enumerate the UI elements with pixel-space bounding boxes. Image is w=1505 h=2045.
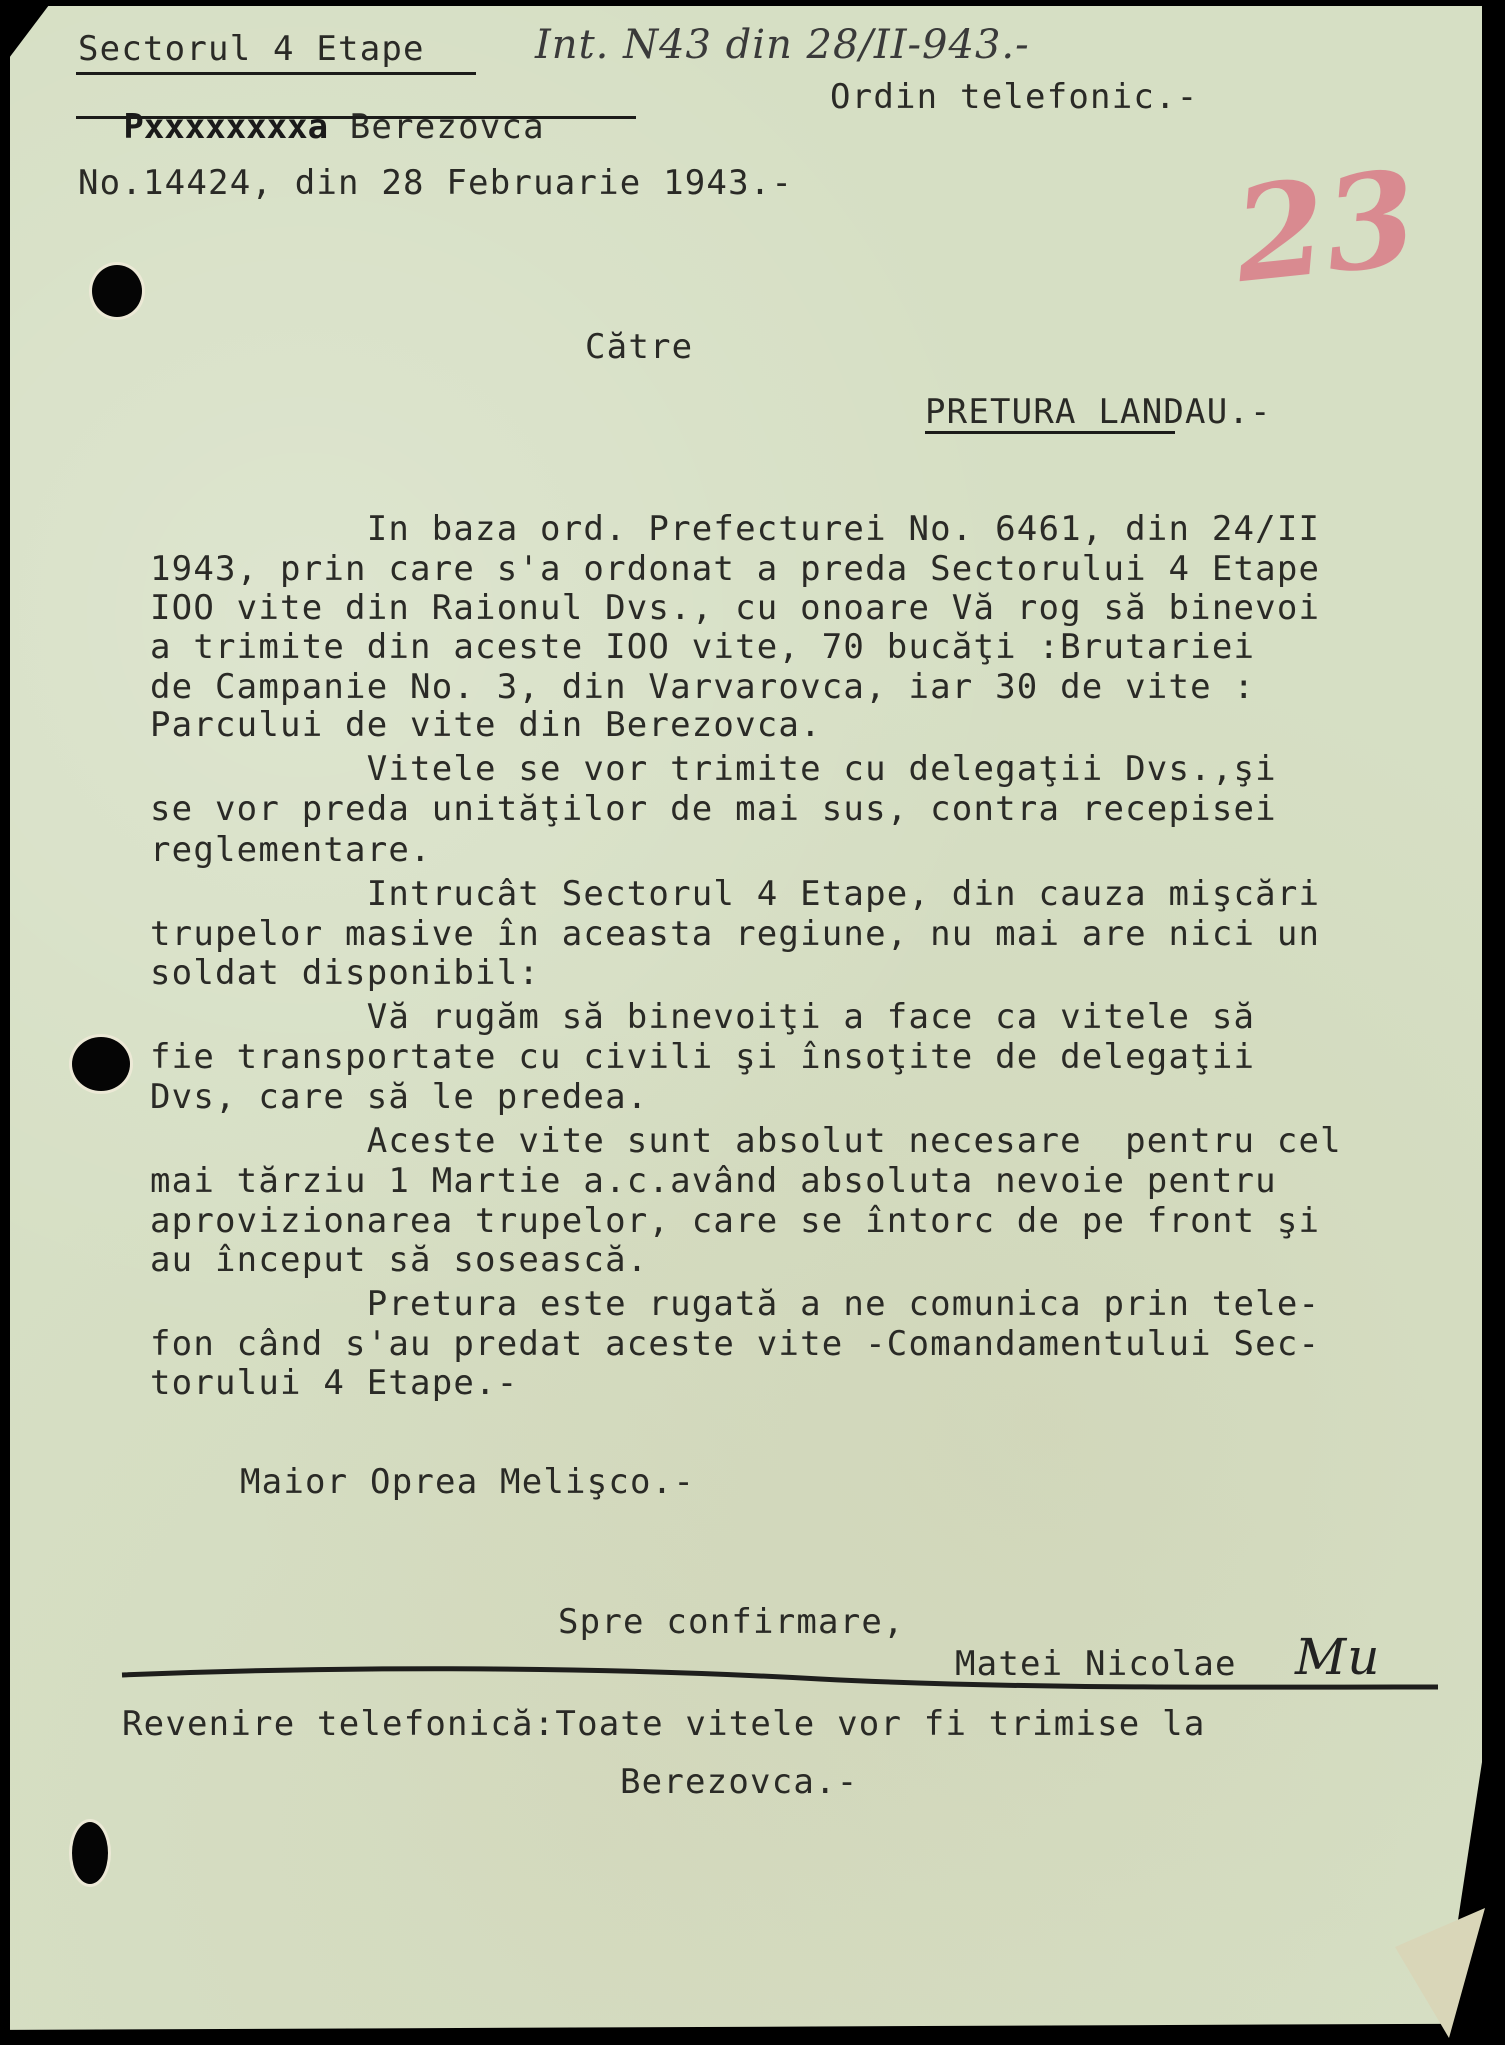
reply-line-2: Berezovca.- — [620, 1765, 858, 1799]
unit-name-underline — [76, 72, 476, 75]
body-line: reglementare. — [150, 833, 432, 867]
body-line: soldat disponibil: — [150, 956, 540, 990]
unit-name: Sectorul 4 Etape — [78, 32, 425, 66]
separator-line — [120, 1665, 1440, 1695]
body-line: 1943, prin care s'a ordonat a preda Sect… — [150, 552, 1320, 586]
body-line: In baza ord. Prefecturei No. 6461, din 2… — [150, 512, 1320, 546]
handwritten-registration-note: Int. N43 din 28/II-943.- — [535, 22, 1030, 68]
body-line: mai tărziu 1 Martie a.c.având absoluta n… — [150, 1164, 1277, 1198]
body-line: au început să sosească. — [150, 1243, 648, 1277]
reply-line-1: Revenire telefonică:Toate vitele vor fi … — [122, 1707, 1206, 1741]
confirmation-label: Spre confirmare, — [558, 1605, 905, 1639]
body-line: IOO vite din Raionul Dvs., cu onoare Vă … — [150, 591, 1320, 625]
recipient: PRETURA LANDAU.- — [925, 395, 1272, 429]
body-line: trupelor masive în aceasta regiune, nu m… — [150, 917, 1320, 951]
body-line: Vă rugăm să binevoiţi a face ca vitele s… — [150, 1000, 1255, 1034]
unit-location: Pxxxxxxxxa Berezovca — [80, 76, 545, 144]
body-line: fon când s'au predat aceste vite -Comand… — [150, 1327, 1320, 1361]
body-line: torului 4 Etape.- — [150, 1366, 518, 1400]
body-line: fie transportate cu civili şi însoţite d… — [150, 1040, 1255, 1074]
body-line: Intrucât Sectorul 4 Etape, din cauza miş… — [150, 877, 1320, 911]
body-line: Aceste vite sunt absolut necesare pentru… — [150, 1124, 1342, 1158]
unit-location-name: Berezovca — [350, 107, 545, 147]
body-line: Parcului de vite din Berezovca. — [150, 708, 822, 742]
body-line: se vor preda unităţilor de mai sus, cont… — [150, 792, 1277, 826]
punch-hole-top — [92, 265, 142, 317]
to-label: Către — [585, 330, 693, 364]
signer-name: Maior Oprea Melişco.- — [240, 1465, 695, 1499]
document-type: Ordin telefonic.- — [830, 80, 1198, 114]
unit-location-underline — [76, 116, 636, 119]
document-number-date: No.14424, din 28 Februarie 1943.- — [78, 166, 793, 200]
page-number-red-pencil: 23 — [1227, 141, 1423, 312]
body-line: Vitele se vor trimite cu delegaţii Dvs.,… — [150, 752, 1277, 786]
punch-hole-bottom — [72, 1822, 108, 1884]
body-line: Pretura este rugată a ne comunica prin t… — [150, 1287, 1320, 1321]
recipient-underline — [925, 431, 1175, 434]
body-line: a trimite din aceste IOO vite, 70 bucăţi… — [150, 630, 1255, 664]
body-line: de Campanie No. 3, din Varvarovca, iar 3… — [150, 670, 1255, 704]
body-line: Dvs, care să le predea. — [150, 1080, 648, 1114]
punch-hole-middle — [72, 1037, 130, 1091]
struck-out-word: Pxxxxxxxxa — [123, 107, 328, 147]
body-line: aprovizionarea trupelor, care se întorc … — [150, 1204, 1320, 1238]
